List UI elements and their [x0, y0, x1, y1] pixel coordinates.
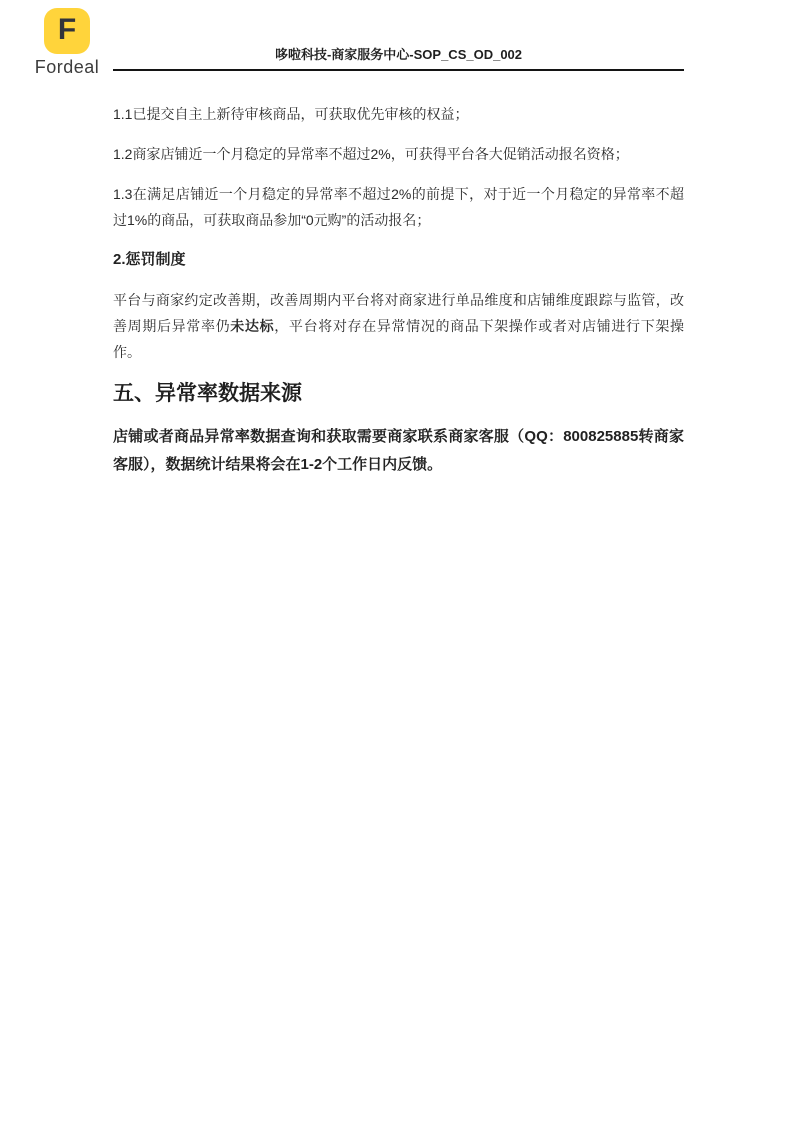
fordeal-logo-icon: F: [44, 8, 90, 54]
penalty-text-bold: 未达标: [230, 318, 274, 334]
section5-paragraph: 店铺或者商品异常率数据查询和获取需要商家联系商家客服（QQ：800825885转…: [113, 423, 684, 479]
list-item-1-3: 1.3在满足店铺近一个月稳定的异常率不超过2%的前提下，对于近一个月稳定的异常率…: [113, 181, 684, 233]
document-header-title: 哆啦科技-商家服务中心-SOP_CS_OD_002: [113, 46, 684, 64]
document-body: 1.1已提交自主上新待审核商品，可获取优先审核的权益； 1.2商家店铺近一个月稳…: [113, 101, 684, 493]
section5-heading: 五、异常率数据来源: [113, 379, 684, 409]
brand-name: Fordeal: [33, 57, 101, 78]
document-page: F Fordeal 哆啦科技-商家服务中心-SOP_CS_OD_002 1.1已…: [0, 0, 794, 1122]
list-item-1-2: 1.2商家店铺近一个月稳定的异常率不超过2%，可获得平台各大促销活动报名资格；: [113, 141, 684, 167]
list-item-1-1: 1.1已提交自主上新待审核商品，可获取优先审核的权益；: [113, 101, 684, 127]
document-header: 哆啦科技-商家服务中心-SOP_CS_OD_002: [113, 46, 684, 71]
brand-logo: F Fordeal: [33, 8, 101, 78]
logo-letter: F: [58, 15, 76, 45]
penalty-paragraph: 平台与商家约定改善期，改善周期内平台将对商家进行单品维度和店铺维度跟踪与监管，改…: [113, 287, 684, 365]
penalty-heading: 2.惩罚制度: [113, 247, 684, 273]
